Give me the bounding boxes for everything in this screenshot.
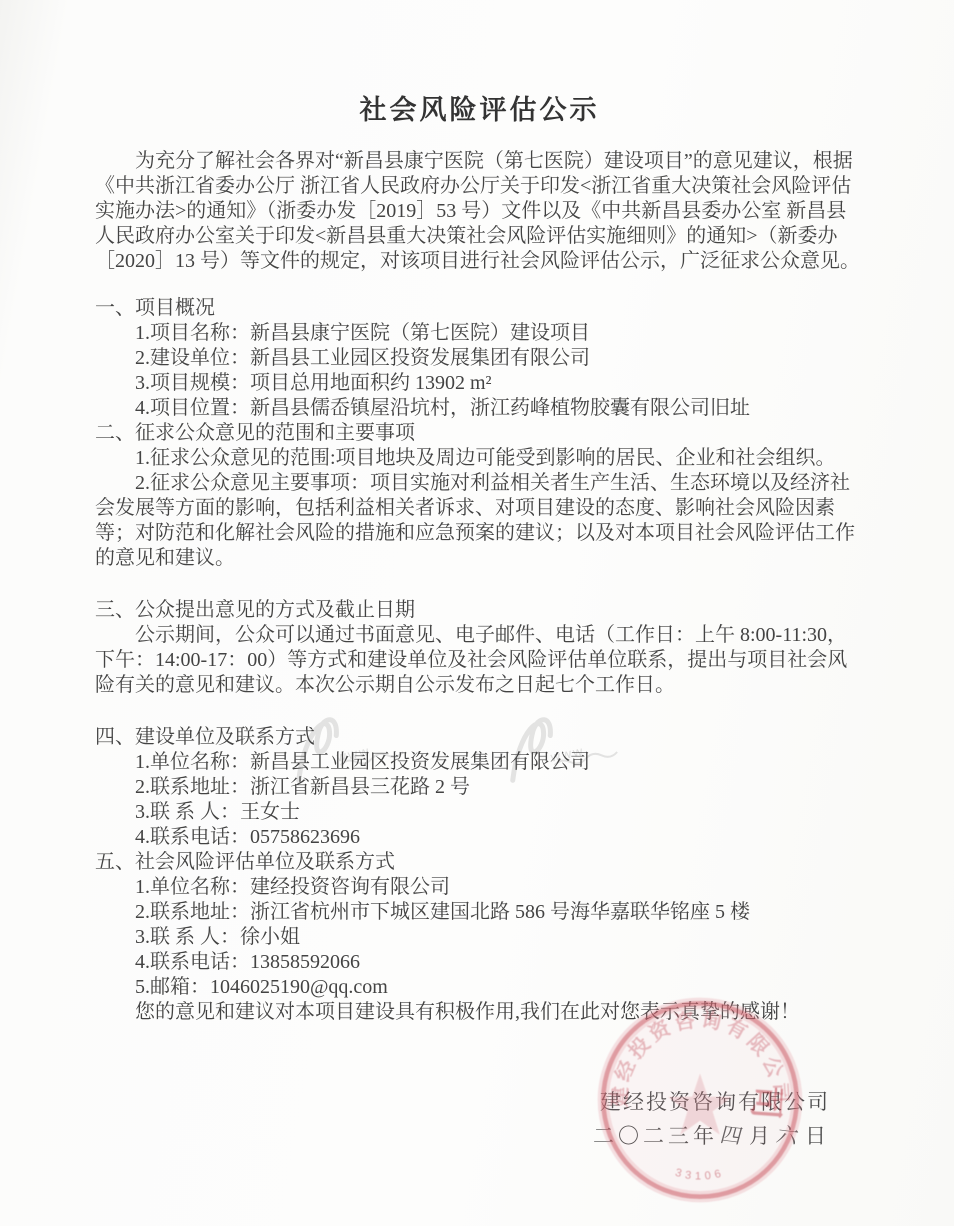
- signature-company: 建经投资咨询有限公司: [95, 1085, 830, 1119]
- section-opinion-scope: 二、征求公众意见的范围和主要事项 1.征求公众意见的范围:项目地块及周边可能受到…: [95, 421, 864, 571]
- section-item: 2.联系地址：浙江省新昌县三花路 2 号: [95, 775, 864, 800]
- seal-serial-number: 33106: [674, 1167, 726, 1183]
- section-item: 3.联 系 人：王女士: [95, 800, 864, 825]
- section-heading: 一、项目概况: [95, 296, 864, 321]
- signature-date-month-label: 月: [749, 1124, 774, 1148]
- svg-text:33106: 33106: [674, 1167, 726, 1183]
- section-construction-unit-contact: 四、建设单位及联系方式 1.单位名称：新昌县工业园区投资发展集团有限公司 2.联…: [95, 725, 864, 850]
- section-assessment-unit-contact: 五、社会风险评估单位及联系方式 1.单位名称：建经投资咨询有限公司 2.联系地址…: [95, 850, 864, 1025]
- section-item: 1.单位名称：新昌县工业园区投资发展集团有限公司: [95, 750, 864, 775]
- section-item: 5.邮箱：1046025190@qq.com: [95, 975, 864, 1000]
- section-item: 4.联系电话：05758623696: [95, 825, 864, 850]
- section-item: 4.联系电话：13858592066: [95, 950, 864, 975]
- section-heading: 三、公众提出意见的方式及截止日期: [95, 598, 864, 623]
- signature-date: 二〇二三年四月六日: [95, 1119, 830, 1153]
- signature-date-year: 二〇二三年: [593, 1124, 718, 1148]
- section-heading: 二、征求公众意见的范围和主要事项: [95, 421, 864, 446]
- section-item: 1.征求公众意见的范围:项目地块及周边可能受到影响的居民、企业和社会组织。: [95, 446, 864, 471]
- signature-date-day-label: 日: [805, 1124, 830, 1148]
- signature-date-month-handwritten: 四: [717, 1118, 751, 1154]
- page-title: 社会风险评估公示: [95, 88, 864, 127]
- section-item: 1.项目名称：新昌县康宁医院（第七医院）建设项目: [95, 321, 864, 346]
- section-item: 公示期间，公众可以通过书面意见、电子邮件、电话（工作日：上午 8:00-11:3…: [95, 623, 864, 698]
- section-item: 2.建设单位：新昌县工业园区投资发展集团有限公司: [95, 346, 864, 371]
- section-item: 2.征求公众意见主要事项：项目实施对利益相关者生产生活、生态环境以及经济社会发展…: [95, 471, 864, 571]
- section-heading: 四、建设单位及联系方式: [95, 725, 864, 750]
- signature-date-day-handwritten: 六: [773, 1118, 807, 1154]
- section-heading: 五、社会风险评估单位及联系方式: [95, 850, 864, 875]
- section-opinion-method: 三、公众提出意见的方式及截止日期 公示期间，公众可以通过书面意见、电子邮件、电话…: [95, 598, 864, 698]
- section-item: 1.单位名称：建经投资咨询有限公司: [95, 875, 864, 900]
- section-project-overview: 一、项目概况 1.项目名称：新昌县康宁医院（第七医院）建设项目 2.建设单位：新…: [95, 296, 864, 421]
- intro-paragraph: 为充分了解社会各界对“新昌县康宁医院（第七医院）建设项目”的意见建议，根据《中共…: [95, 149, 864, 274]
- scanned-notice-page: www www 社会风险评估公示 为充分了解社会各界对“新昌县康宁医院（第七医院…: [0, 0, 954, 1226]
- section-item: 3.联 系 人：徐小姐: [95, 925, 864, 950]
- closing-thanks-line: 您的意见和建议对本项目建设具有积极作用,我们在此对您表示真挚的感谢！: [95, 1000, 864, 1025]
- signature-block: 建经投资咨询有限公司 二〇二三年四月六日: [95, 1085, 864, 1153]
- section-item: 4.项目位置：新昌县儒岙镇屋沿坑村，浙江药峰植物胶囊有限公司旧址: [95, 396, 864, 421]
- section-item: 2.联系地址：浙江省杭州市下城区建国北路 586 号海华嘉联华铭座 5 楼: [95, 900, 864, 925]
- section-item: 3.项目规模：项目总用地面积约 13902 m²: [95, 371, 864, 396]
